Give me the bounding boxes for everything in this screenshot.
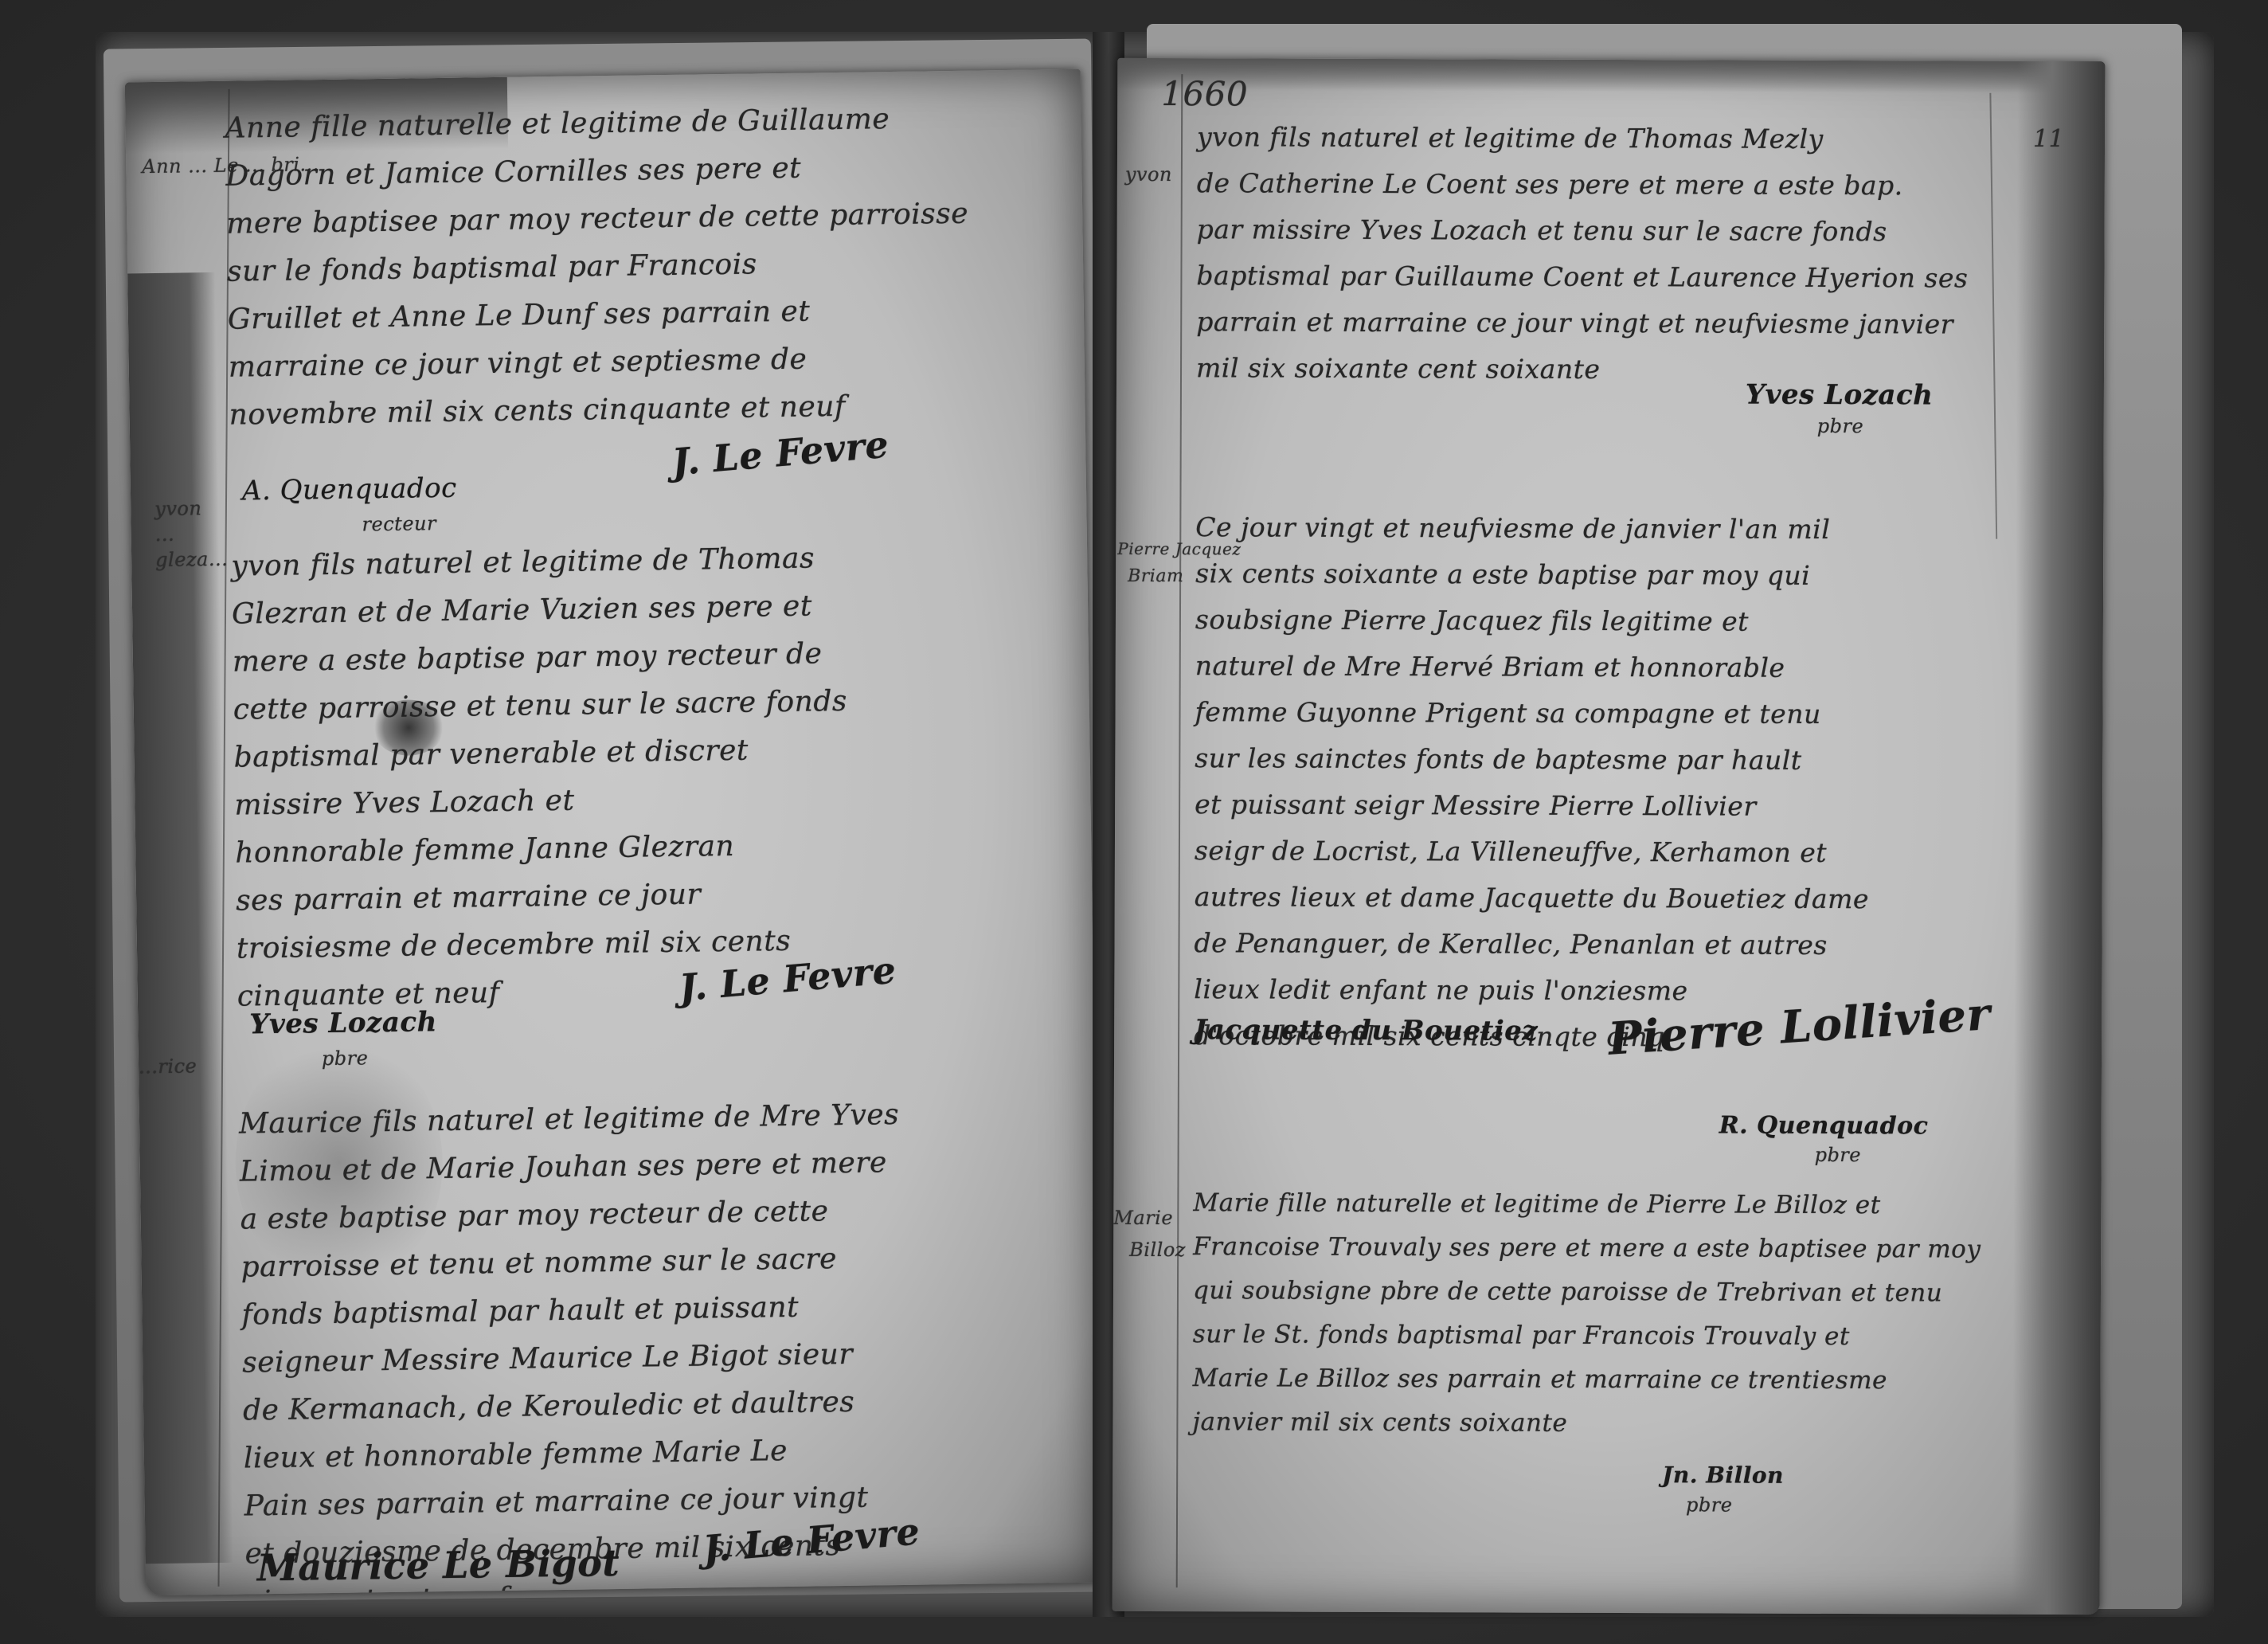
entry-line: six cents soixante a este baptise par mo…: [1195, 550, 1870, 599]
entry-line: ses parrain et marraine ce jour: [236, 869, 850, 926]
entry-line: Ce jour vingt et neufviesme de janvier l…: [1195, 504, 1870, 553]
entry-line: baptismal par Guillaume Coent et Laurenc…: [1196, 252, 1968, 301]
margin-note: Briam: [1128, 564, 1183, 589]
entry-line: Glezran et de Marie Vuzien ses pere et: [232, 582, 847, 639]
entry-line: parrain et marraine ce jour vingt et neu…: [1196, 299, 1968, 347]
entry-line: yvon fils naturel et legitime de Thomas: [231, 534, 846, 591]
signature: Jn. Billon: [1662, 1462, 1784, 1489]
baptism-entry: yvon fils naturel et legitime de Thomas …: [231, 534, 851, 1021]
entry-line: par missire Yves Lozach et tenu sur le s…: [1197, 206, 1969, 255]
signature: Yves Lozach: [249, 1006, 437, 1040]
baptism-entry: Anne fille naturelle et legitime de Guil…: [225, 95, 972, 440]
entry-line: de Catherine Le Coent ses pere et mere a…: [1197, 160, 1969, 209]
signature: A. Quenquadoc: [242, 472, 457, 507]
signature-title: recteur: [362, 512, 436, 535]
entry-line: mere a este baptise par moy recteur de: [233, 630, 847, 687]
entry-line: yvon fils naturel et legitime de Thomas …: [1197, 114, 1969, 162]
margin-note: Marie: [1113, 1205, 1173, 1231]
margin-note: Billoz: [1129, 1237, 1186, 1262]
entry-line: sur le St. fonds baptismal par Francois …: [1193, 1313, 1981, 1359]
margin-note: yvon: [1125, 162, 1172, 187]
entry-line: qui soubsigne pbre de cette paroisse de …: [1193, 1269, 1981, 1315]
entry-line: sur les sainctes fonts de baptesme par h…: [1195, 735, 1869, 784]
left-page: Ann ... Le ... bri... yvon ... gleza... …: [125, 69, 1101, 1596]
signature-title: pbre: [1815, 1144, 1862, 1166]
entry-line: soubsigne Pierre Jacquez fils legitime e…: [1195, 597, 1870, 645]
page-top-edge: [1117, 58, 2105, 93]
entry-line: de Penanguer, de Kerallec, Penanlan et a…: [1194, 920, 1868, 969]
margin-rule: [1989, 93, 1997, 539]
signature: Maurice Le Bigot: [256, 1541, 620, 1589]
entry-line: autres lieux et dame Jacquette du Boueti…: [1195, 874, 1869, 922]
signature: Yves Lozach: [1746, 379, 1934, 412]
baptism-entry: Ce jour vingt et neufviesme de janvier l…: [1194, 504, 1871, 1061]
entry-line: honnorable femme Janne Glezran: [235, 821, 850, 878]
margin-note: yvon ... gleza...: [154, 495, 219, 573]
entry-line: Marie Le Billoz ses parrain et marraine …: [1193, 1356, 1981, 1403]
entry-line: Francoise Trouvaly ses pere et mere a es…: [1193, 1225, 1981, 1271]
signature-title: pbre: [1817, 415, 1864, 437]
page-right-edge: [2012, 61, 2106, 1615]
entry-line: Marie fille naturelle et legitime de Pie…: [1193, 1181, 1981, 1227]
microfilm-scan: Ann ... Le ... bri... yvon ... gleza... …: [0, 0, 2268, 1644]
entry-line: baptismal par venerable et discret: [233, 726, 848, 782]
page-year: 1660: [1161, 74, 1248, 113]
margin-rule: [1176, 74, 1183, 1587]
entry-line: seigr de Locrist, La Villeneuffve, Kerha…: [1195, 828, 1869, 876]
entry-line: cette parroisse et tenu sur le sacre fon…: [233, 678, 847, 734]
signature-title: pbre: [1686, 1493, 1733, 1516]
signature: R. Quenquadoc: [1719, 1111, 1929, 1140]
folio-number: 11: [2033, 125, 2064, 153]
entry-line: femme Guyonne Prigent sa compagne et ten…: [1195, 689, 1869, 738]
torn-edge: [127, 272, 233, 1564]
baptism-entry: yvon fils naturel et legitime de Thomas …: [1196, 114, 1969, 393]
signature: Jacquette du Bouetiez: [1194, 1014, 1538, 1047]
signature-title: pbre: [322, 1047, 369, 1070]
entry-line: de Kermanach, de Kerouledic et daultres: [243, 1378, 904, 1435]
entry-line: et puissant seigr Messire Pierre Lollivi…: [1195, 781, 1869, 830]
baptism-entry: Marie fille naturelle et legitime de Pie…: [1192, 1181, 1981, 1446]
entry-line: naturel de Mre Hervé Briam et honnorable: [1195, 643, 1870, 691]
entry-line: missire Yves Lozach et: [234, 773, 849, 830]
entry-line: parroisse et tenu et nomme sur le sacre: [240, 1235, 901, 1292]
margin-note: ...rice: [139, 1053, 197, 1079]
right-page: 1660 11 yvon Pierre Jacquez Briam Marie …: [1112, 58, 2106, 1615]
entry-line: janvier mil six cents soixante: [1192, 1400, 1980, 1446]
